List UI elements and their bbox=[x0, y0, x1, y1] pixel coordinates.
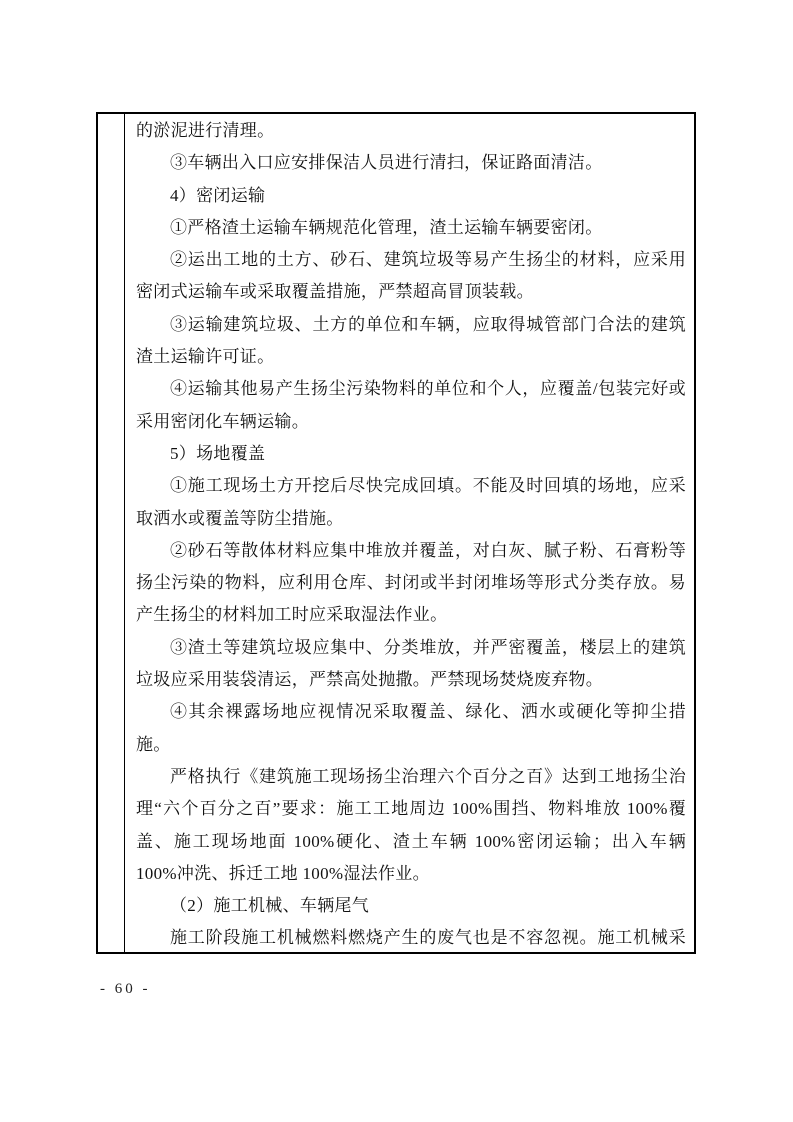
paragraph: ④其余裸露场地应视情况采取覆盖、绿化、洒水或硬化等抑尘措施。 bbox=[136, 696, 686, 761]
paragraph: 4）密闭运输 bbox=[136, 180, 686, 212]
paragraph: ④运输其他易产生扬尘污染物料的单位和个人，应覆盖/包装完好或采用密闭化车辆运输。 bbox=[136, 373, 686, 438]
table-content-cell: 的淤泥进行清理。③车辆出入口应安排保洁人员进行清扫，保证路面清洁。4）密闭运输①… bbox=[125, 114, 694, 952]
paragraph: 的淤泥进行清理。 bbox=[136, 115, 686, 147]
page-number: - 60 - bbox=[100, 981, 151, 998]
paragraph: 严格执行《建筑施工现场扬尘治理六个百分之百》达到工地扬尘治理“六个百分之百”要求… bbox=[136, 761, 686, 890]
paragraph: 5）场地覆盖 bbox=[136, 438, 686, 470]
paragraph: ③运输建筑垃圾、土方的单位和车辆，应取得城管部门合法的建筑渣土运输许可证。 bbox=[136, 309, 686, 374]
paragraph: ②砂石等散体材料应集中堆放并覆盖，对白灰、腻子粉、石膏粉等扬尘污染的物料，应利用… bbox=[136, 535, 686, 632]
paragraph: ③渣土等建筑垃圾应集中、分类堆放，并严密覆盖，楼层上的建筑垃圾应采用装袋清运，严… bbox=[136, 632, 686, 697]
paragraph: （2）施工机械、车辆尾气 bbox=[136, 890, 686, 922]
paragraph: 施工阶段施工机械燃料燃烧产生的废气也是不容忽视。施工机械采用的燃料大多为柴油、汽… bbox=[136, 922, 686, 952]
paragraph: ①严格渣土运输车辆规范化管理，渣土运输车辆要密闭。 bbox=[136, 212, 686, 244]
document-page: 的淤泥进行清理。③车辆出入口应安排保洁人员进行清扫，保证路面清洁。4）密闭运输①… bbox=[0, 0, 793, 1122]
paragraph: ③车辆出入口应安排保洁人员进行清扫，保证路面清洁。 bbox=[136, 147, 686, 179]
table-left-empty-cell bbox=[98, 114, 125, 952]
content-table: 的淤泥进行清理。③车辆出入口应安排保洁人员进行清扫，保证路面清洁。4）密闭运输①… bbox=[96, 112, 696, 954]
paragraph: ②运出工地的土方、砂石、建筑垃圾等易产生扬尘的材料，应采用密闭式运输车或采取覆盖… bbox=[136, 244, 686, 309]
paragraph: ①施工现场土方开挖后尽快完成回填。不能及时回填的场地，应采取洒水或覆盖等防尘措施… bbox=[136, 470, 686, 535]
